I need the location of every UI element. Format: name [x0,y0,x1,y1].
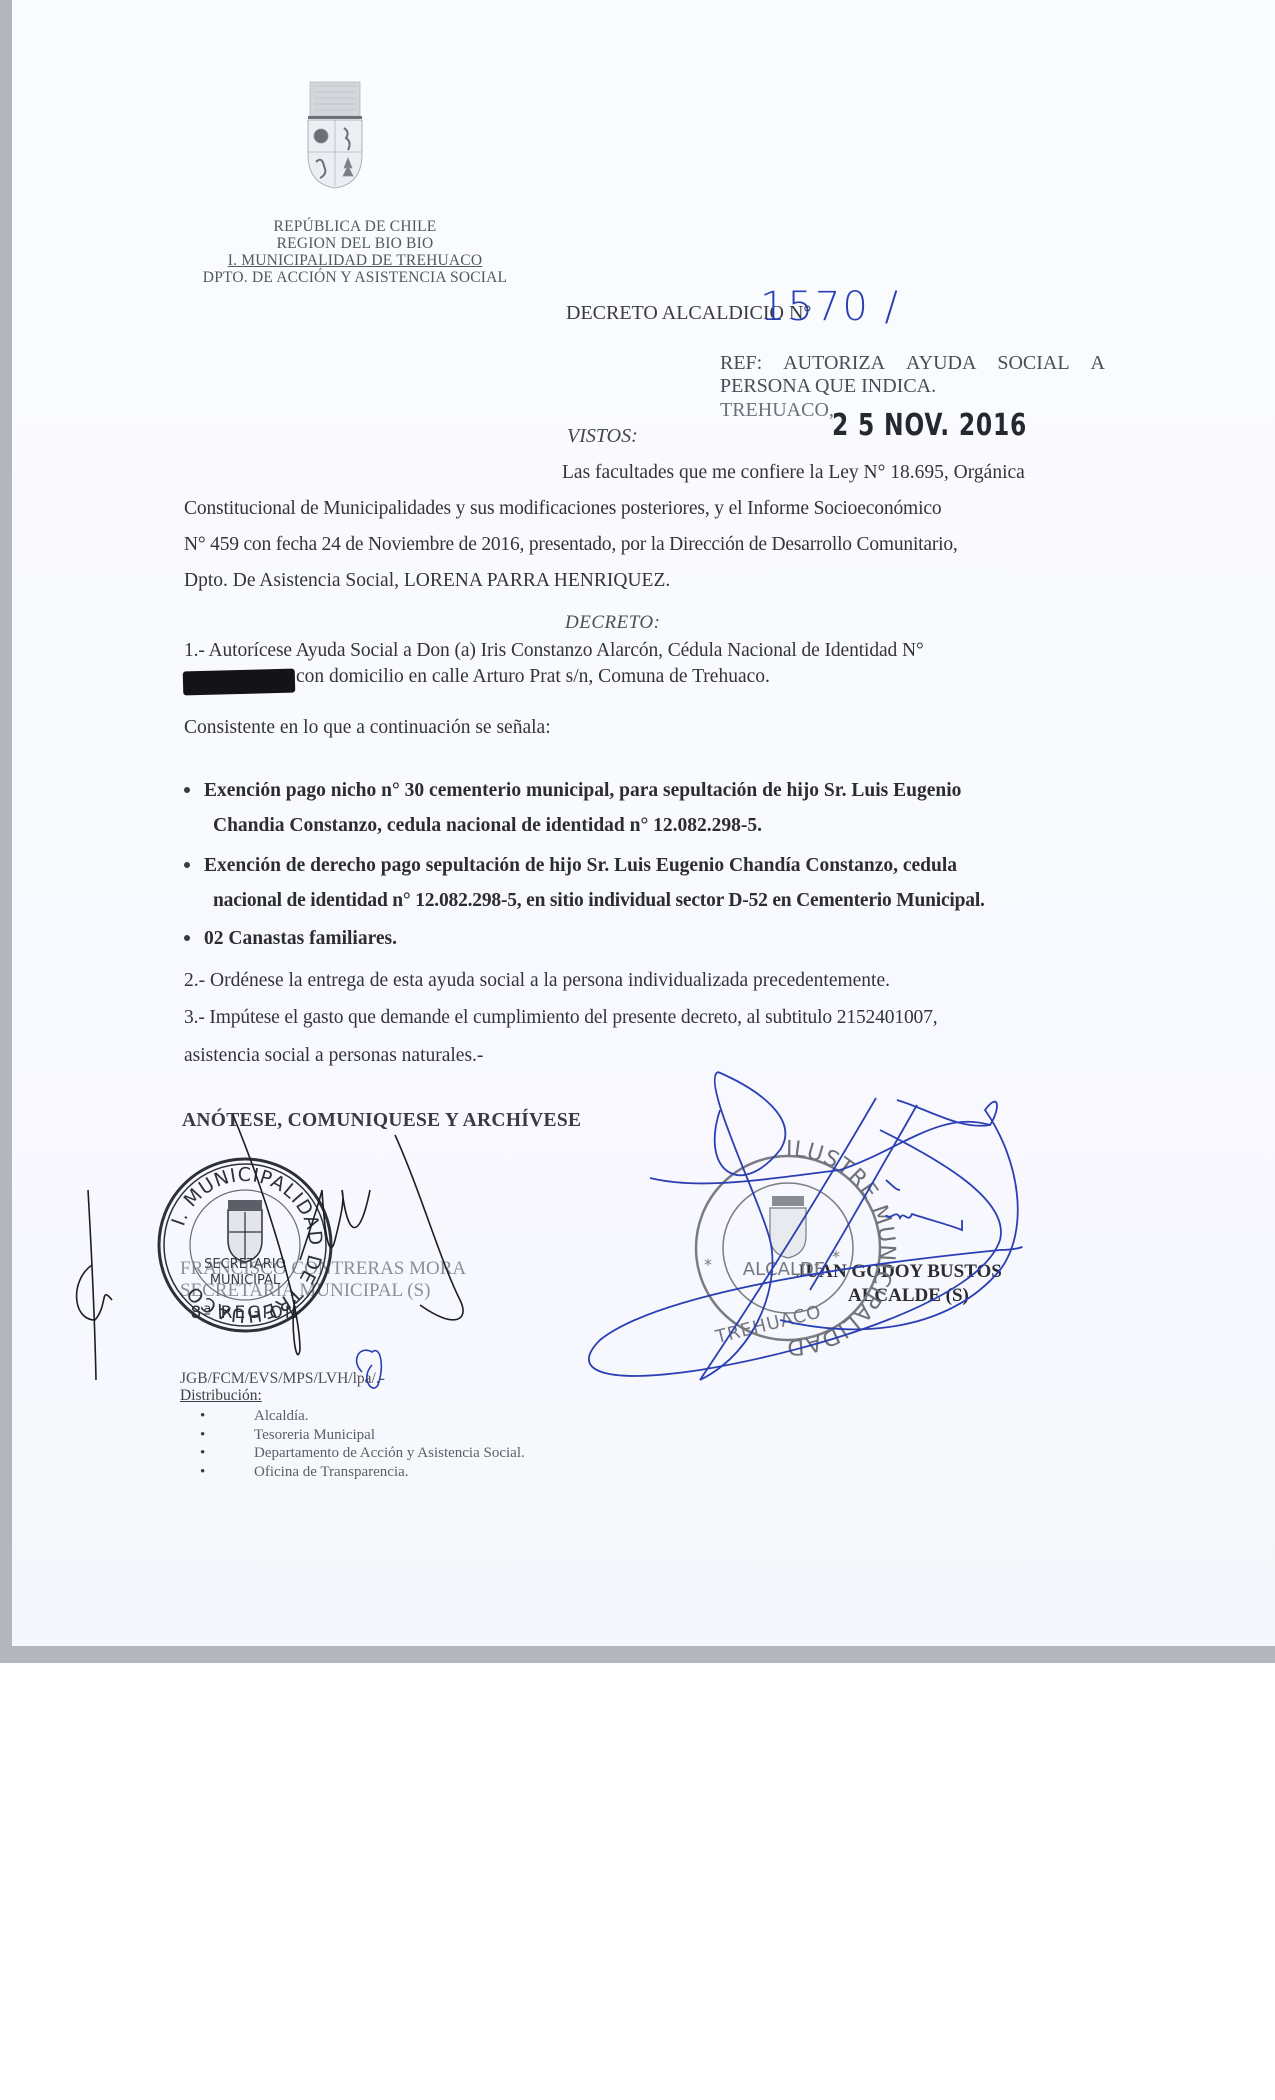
letterhead-region: REGION DEL BIO BIO [170,235,540,252]
decreto-item-1-line-2: con domicilio en calle Arturo Prat s/n, … [296,666,770,688]
decreto-item-3-line-1: 3.- Impútese el gasto que demande el cum… [184,1007,937,1029]
benefit-line: Exención pago nicho n° 30 cementerio mun… [204,780,961,801]
right-signatory-name: JUAN GODOY BUSTOS [796,1260,1002,1284]
bullet-icon [184,935,190,941]
vistos-line: Constitucional de Municipalidades y sus … [184,498,941,520]
ref-label: REF: [720,352,762,375]
decree-number-handwritten: 1570 / [760,284,900,330]
benefit-item-continuation: Chandia Constanzo, cedula nacional de id… [213,815,762,837]
reference-block: REF: AUTORIZA AYUDA SOCIAL A PERSONA QUE… [720,352,1105,398]
letterhead: REPÚBLICA DE CHILE REGION DEL BIO BIO I.… [170,218,540,286]
distribution-item: Tesoreria Municipal [200,1426,525,1445]
benefit-item: Exención pago nicho n° 30 cementerio mun… [184,780,961,802]
distribution-list: Alcaldía. Tesoreria Municipal Departamen… [200,1407,525,1481]
distribution-item: Oficina de Transparencia. [200,1463,525,1482]
benefit-item: 02 Canastas familiares. [184,928,397,950]
date-stamp: 2 5 NOV. 2016 [832,408,1027,443]
left-signatory-name: FRANCISCO CONTRERAS MORA [180,1258,466,1280]
bullet-icon [184,862,190,868]
vistos-heading: VISTOS: [567,425,638,448]
vistos-line: Dpto. De Asistencia Social, LORENA PARRA… [184,570,670,592]
coat-of-arms-icon [304,80,366,190]
benefit-item-continuation: nacional de identidad n° 12.082.298-5, e… [213,890,985,912]
closing-formula: ANÓTESE, COMUNIQUESE Y ARCHÍVESE [182,1110,581,1132]
letterhead-department: DPTO. DE ACCIÓN Y ASISTENCIA SOCIAL [170,269,540,286]
decreto-item-3-line-2: asistencia social a personas naturales.- [184,1045,483,1067]
decreto-item-2: 2.- Ordénese la entrega de esta ayuda so… [184,970,890,992]
decreto-heading: DECRETO: [565,612,660,634]
vistos-line: N° 459 con fecha 24 de Noviembre de 2016… [184,534,958,556]
initials-line: JGB/FCM/EVS/MPS/LVH/lpa/.- [180,1370,385,1388]
vistos-line: Las facultades que me confiere la Ley N°… [562,462,1025,484]
ref-word: A [1091,352,1105,375]
redacted-id-number [183,669,296,696]
distribution-item: Departamento de Acción y Asistencia Soci… [200,1444,525,1463]
distribution-item: Alcaldía. [200,1407,525,1426]
ref-word: AUTORIZA [783,352,885,375]
letterhead-country: REPÚBLICA DE CHILE [170,218,540,235]
right-signatory: JUAN GODOY BUSTOS ALCALDE (S) [796,1260,1002,1308]
benefit-line: Exención de derecho pago sepultación de … [204,855,957,876]
ref-word: AYUDA [906,352,976,375]
right-signatory-role: ALCALDE (S) [796,1284,1002,1308]
distribution-heading: Distribución: [180,1387,262,1405]
benefit-line: 02 Canastas familiares. [204,928,397,949]
letterhead-municipality: I. MUNICIPALIDAD DE TREHUACO [170,252,540,269]
benefit-line: nacional de identidad n° 12.082.298-5, e… [213,890,985,911]
left-signatory-role: SECRETARIA MUNICIPAL (S) [180,1280,466,1302]
ref-line-2: PERSONA QUE INDICA. [720,375,1105,398]
benefit-line: Chandia Constanzo, cedula nacional de id… [213,815,762,836]
place: TREHUACO, [720,399,834,422]
decreto-item-1-line-1: 1.- Autorícese Ayuda Social a Don (a) Ir… [184,640,924,662]
ref-word: SOCIAL [997,352,1069,375]
consistente-line: Consistente en lo que a continuación se … [184,717,551,739]
bullet-icon [184,787,190,793]
benefit-item: Exención de derecho pago sepultación de … [184,855,957,877]
left-signatory: FRANCISCO CONTRERAS MORA SECRETARIA MUNI… [180,1258,466,1302]
